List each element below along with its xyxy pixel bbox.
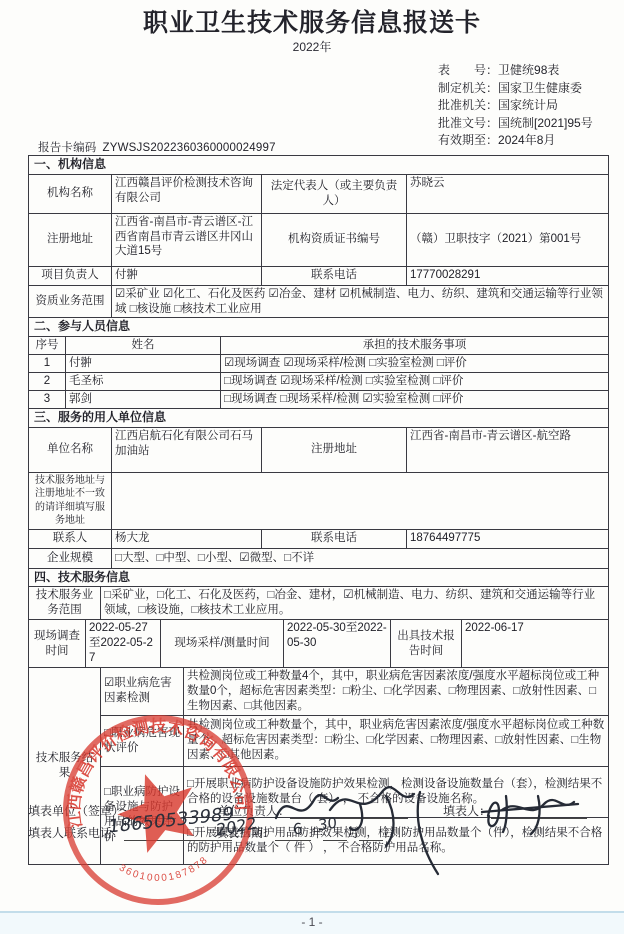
section3-header: 三、服务的用人单位信息 <box>29 409 609 428</box>
card-code: 报告卡编码ZYWSJS2022360360000024997 <box>38 139 276 155</box>
report-time-label: 出具技术报告时间 <box>391 620 462 668</box>
qual-scope-checkboxes: ☑采矿业 ☑化工、石化及医药 ☑冶金、建材 ☑机械制造、电力、纺织、建筑和交通运… <box>112 285 609 318</box>
page-year: 2022年 <box>0 38 624 55</box>
legal-rep-value: 苏晓云 <box>407 174 609 213</box>
org-name-label: 机构名称 <box>29 174 112 213</box>
participant-no: 2 <box>29 373 66 391</box>
meta-valid-until: 有效期至：2024年8月 <box>438 132 593 150</box>
meta-value: 国家统计局 <box>498 98 558 112</box>
employer-contact-value: 杨大龙 <box>112 529 262 548</box>
participant-no: 1 <box>29 355 66 373</box>
section-org-table: 一、机构信息 机构名称 江西赣昌评价检测技术咨询有限公司 法定代表人（或主要负责… <box>28 155 609 318</box>
employer-contact-label: 联系人 <box>29 529 112 548</box>
participant-service-checkboxes: □现场调查 □现场采样/检测 ☑实验室检测 □评价 <box>221 391 609 409</box>
card-code-label: 报告卡编码 <box>38 142 97 154</box>
report-time-value: 2022-06-17 <box>462 620 609 668</box>
employer-addr-value: 江西省-南昌市-青云谱区-航空路 <box>407 427 609 472</box>
survey-time-label: 现场调查时间 <box>29 620 86 668</box>
section1-header: 一、机构信息 <box>29 156 609 175</box>
employer-name-label: 单位名称 <box>29 427 112 472</box>
section-employer-table: 三、服务的用人单位信息 单位名称 江西启航石化有限公司石马加油站 注册地址 江西… <box>28 408 609 569</box>
card-code-value: ZYWSJS2022360360000024997 <box>103 142 276 154</box>
page-number: - 1 - <box>0 915 624 929</box>
meta-label: 批准文号： <box>438 116 498 130</box>
result-row: □职业病危害现状评价 共检测岗位或工种数量个，其中，职业病危害因素浓度/强度水平… <box>29 715 609 766</box>
org-tel-value: 17770028291 <box>407 266 609 285</box>
participant-row: 1 付翀 ☑现场调查 ☑现场采样/检测 □实验室检测 □评价 <box>29 355 609 373</box>
employer-tel-value: 18764497775 <box>407 529 609 548</box>
col-header-no: 序号 <box>29 337 66 355</box>
page-title: 职业卫生技术服务信息报送卡 <box>0 3 624 39</box>
result-text: 共检测岗位或工种数量4个，其中，职业病危害因素浓度/强度水平超标岗位或工种数量0… <box>184 667 609 715</box>
meta-value: 国家卫生健康委 <box>498 81 582 95</box>
meta-maker: 制定机关：国家卫生健康委 <box>438 80 593 98</box>
participant-no: 3 <box>29 391 66 409</box>
project-manager-value: 付翀 <box>112 266 262 285</box>
sampling-time-value: 2022-05-30至2022-05-30 <box>284 620 391 668</box>
employer-addr-label: 注册地址 <box>262 427 407 472</box>
sampling-time-label: 现场采样/测量时间 <box>161 620 284 668</box>
section-service-table: 四、技术服务信息 技术服务业务范围 □采矿业，□化工、石化及医药，□冶金、建材，… <box>28 568 609 620</box>
meta-approver: 批准机关：国家统计局 <box>438 97 593 115</box>
col-header-name: 姓名 <box>66 337 221 355</box>
service-scope-checkboxes: □采矿业，□化工、石化及医药，□冶金、建材，☑机械制造、电力、纺织、建筑和交通运… <box>101 587 609 620</box>
meta-value: 国统制[2021]95号 <box>498 116 593 130</box>
participant-name: 郭剑 <box>66 391 221 409</box>
meta-value: 2024年8月 <box>498 133 555 147</box>
participant-service-checkboxes: ☑现场调查 ☑现场采样/检测 □实验室检测 □评价 <box>221 355 609 373</box>
participant-row: 3 郭剑 □现场调查 □现场采样/检测 ☑实验室检测 □评价 <box>29 391 609 409</box>
meta-block: 表 号：卫健统98表 制定机关：国家卫生健康委 批准机关：国家统计局 批准文号：… <box>438 62 593 150</box>
meta-label: 批准机关： <box>438 98 498 112</box>
project-manager-label: 项目负责人 <box>29 266 112 285</box>
result-row: 技术服务结果 ☑职业病危害因素检测 共检测岗位或工种数量4个，其中，职业病危害因… <box>29 667 609 715</box>
employer-size-label: 企业规模 <box>29 548 112 568</box>
legal-rep-label: 法定代表人（或主要负责人） <box>262 174 407 213</box>
meta-label: 制定机关： <box>438 81 498 95</box>
result-text: 共检测岗位或工种数量个，其中，职业病危害因素浓度/强度水平超标岗位或工种数量个，… <box>184 715 609 766</box>
meta-value: 卫健统98表 <box>498 63 559 77</box>
col-header-items: 承担的技术服务事项 <box>221 337 609 355</box>
participant-service-checkboxes: □现场调查 ☑现场采样/检测 □实验室检测 □评价 <box>221 373 609 391</box>
participant-name: 毛圣标 <box>66 373 221 391</box>
head-signature <box>268 776 463 881</box>
section2-header: 二、参与人员信息 <box>29 318 609 337</box>
cert-no-value: （赣）卫职技字（2021）第001号 <box>407 213 609 266</box>
meta-label: 有效期至： <box>438 133 498 147</box>
org-addr-value: 江西省-南昌市-青云谱区-江西省南昌市青云谱区井冈山大道15号 <box>112 213 262 266</box>
report-card-page: 职业卫生技术服务信息报送卡 2022年 表 号：卫健统98表 制定机关：国家卫生… <box>0 0 624 934</box>
service-addr-label: 技术服务地址与注册地址不一致的请详细填写服务地址 <box>29 472 112 529</box>
meta-form-number: 表 号：卫健统98表 <box>438 62 593 80</box>
org-addr-label: 注册地址 <box>29 213 112 266</box>
employer-tel-label: 联系电话 <box>262 529 407 548</box>
employer-size-checkboxes: □大型、□中型、□小型、☑微型、□不详 <box>112 548 609 568</box>
cert-no-label: 机构资质证书编号 <box>262 213 407 266</box>
org-name-value: 江西赣昌评价检测技术咨询有限公司 <box>112 174 262 213</box>
section4-header: 四、技术服务信息 <box>29 568 609 587</box>
meta-approval-doc: 批准文号：国统制[2021]95号 <box>438 115 593 133</box>
participant-name: 付翀 <box>66 355 221 373</box>
participant-row: 2 毛圣标 □现场调查 ☑现场采样/检测 □实验室检测 □评价 <box>29 373 609 391</box>
survey-time-value: 2022-05-27至2022-05-27 <box>86 620 161 668</box>
form-tables: 一、机构信息 机构名称 江西赣昌评价检测技术咨询有限公司 法定代表人（或主要负责… <box>28 155 608 865</box>
result-type-checkbox: □职业病危害现状评价 <box>101 715 184 766</box>
section-participants-table: 二、参与人员信息 序号 姓名 承担的技术服务事项 1 付翀 ☑现场调查 ☑现场采… <box>28 317 609 409</box>
service-scope-label: 技术服务业务范围 <box>29 587 101 620</box>
meta-label: 表 号： <box>438 63 498 77</box>
filler-signature <box>476 786 586 836</box>
service-addr-value <box>112 472 609 529</box>
qual-scope-label: 资质业务范围 <box>29 285 112 318</box>
employer-name-value: 江西启航石化有限公司石马加油站 <box>112 427 262 472</box>
org-tel-label: 联系电话 <box>262 266 407 285</box>
result-type-checkbox: ☑职业病危害因素检测 <box>101 667 184 715</box>
service-time-table: 现场调查时间 2022-05-27至2022-05-27 现场采样/测量时间 2… <box>28 619 609 668</box>
